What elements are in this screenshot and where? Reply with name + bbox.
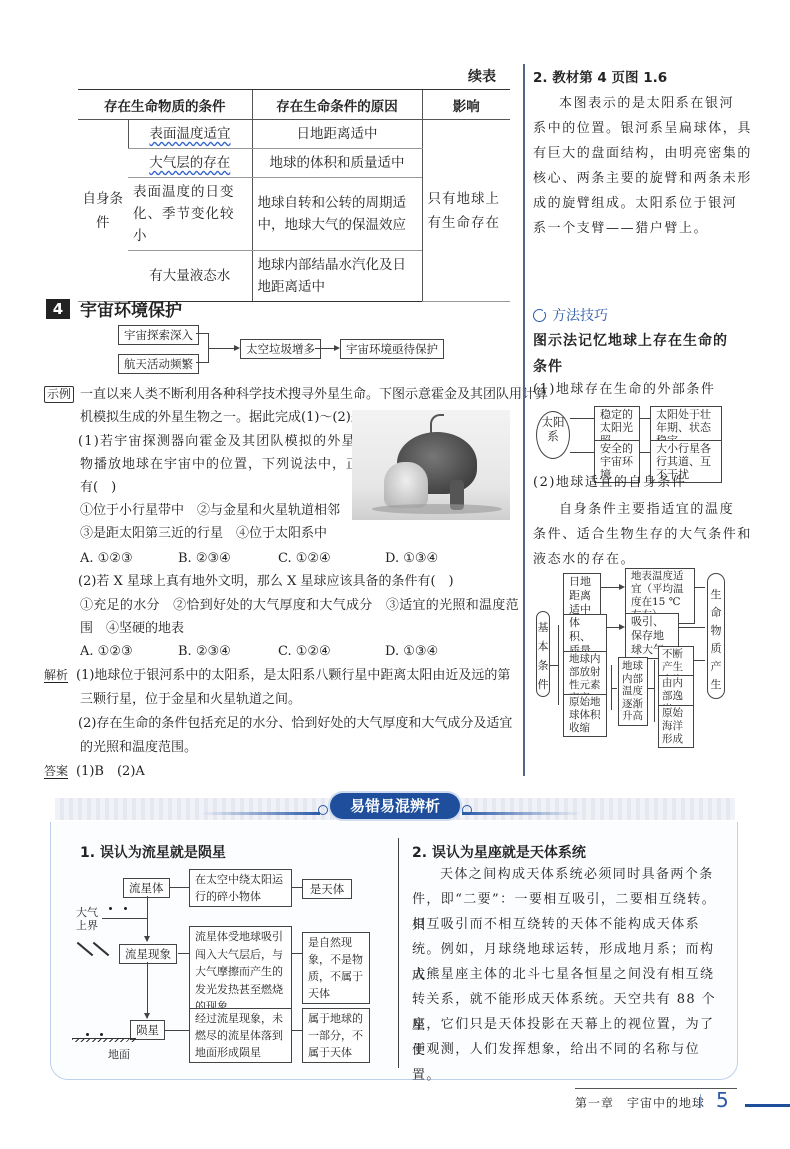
meteorite-result-box: 属于地球的一部分，不属于天体 xyxy=(302,1008,370,1063)
q2-option-a[interactable]: A. ①②③ xyxy=(80,640,133,663)
method-tips-heading: 方法技巧 xyxy=(533,305,608,325)
reason-cell: 日地距离适中 xyxy=(252,120,422,149)
meteoroid-result-box: 是天体 xyxy=(302,879,352,899)
answer-tag: 答案 xyxy=(44,764,68,778)
q2-statement: ①充足的水分 ②恰到好处的大气厚度和大气成分 ③适宜的光照和温度范 xyxy=(80,594,519,617)
example-intro-line1: 示例一直以来人类不断利用各种科学技术搜寻外星生命。下图示意霍金及其团队用计算 xyxy=(44,383,548,406)
arrow-icon xyxy=(144,1013,150,1019)
misconception-banner: 易错易混辨析 xyxy=(330,793,460,819)
reason-cell: 地球自转和公转的周期适中，地球大气的保温效应 xyxy=(252,178,422,251)
group-label: 自身条件 xyxy=(78,120,128,302)
ground-label: 地面 xyxy=(108,1046,130,1062)
swirl-icon xyxy=(318,805,328,815)
banner-line-right xyxy=(462,812,582,815)
misconception-1-title: 1. 误认为流星就是陨星 xyxy=(80,842,226,862)
table-header-row: 存在生命物质的条件 存在生命条件的原因 影响 xyxy=(78,90,510,120)
reason-cell: 地球内部结晶水汽化及日地距离适中 xyxy=(252,251,422,302)
textbook-line: 系一个支臂——猎户臂上。 xyxy=(533,216,753,241)
continued-label: 续表 xyxy=(468,66,496,86)
alien-creature-image xyxy=(352,410,510,520)
misconception-2-line: 大熊星座主体的北斗七星各恒星之间没有相互绕 xyxy=(412,962,727,988)
condition-cell: 表面温度的日变化、季节变化较小 xyxy=(128,178,252,251)
life-matter-pill: 生命物质产生 xyxy=(707,573,725,699)
section-title: 宇宙环境保护 xyxy=(80,296,182,321)
meteoroid-box: 流星体 xyxy=(123,878,170,898)
table-row: 自身条件 表面温度适宜 日地距离适中 只有地球上有生命存在 xyxy=(78,120,510,149)
footer-rule xyxy=(575,1088,737,1089)
footer-separator xyxy=(700,1094,701,1108)
page-number: 5 xyxy=(716,1088,729,1112)
header-condition: 存在生命物质的条件 xyxy=(78,90,252,120)
q1-line: (1)若宇宙探测器向霍金及其团队模拟的外星生 xyxy=(78,430,370,453)
atmos-top-label: 大气上界 xyxy=(76,906,102,932)
q2-option-c[interactable]: C. ①②④ xyxy=(278,640,331,663)
meteor-desc-box: 流星体受地球吸引闯入大气层后，与大气摩擦而产生的发光发热甚至燃烧的现象 xyxy=(189,926,292,1018)
analysis-line: 的光照和温度范围。 xyxy=(80,736,197,759)
example-tag: 示例 xyxy=(44,386,74,403)
answer-line: 答案(1)B (2)A xyxy=(44,760,145,783)
earth-shrink-box: 原始地球体积收缩 xyxy=(563,694,607,737)
meteor-result-box: 是自然现象，不是物质，不属于天体 xyxy=(302,932,370,1004)
condition-cell: 大气层的存在 xyxy=(149,155,230,171)
misconception-2-line: 于观测，人们发挥想象，给出不同的名称与位置。 xyxy=(412,1037,727,1088)
q1-option-d[interactable]: D. ①③④ xyxy=(385,547,438,570)
analysis-line: 解析(1)地球位于银河系中的太阳系，是太阳系八颗行星中距离太阳由近及远的第 xyxy=(44,664,510,687)
misconception-2-title: 2. 误认为星座就是天体系统 xyxy=(412,842,586,862)
section-heading: 4 宇宙环境保护 xyxy=(46,296,182,321)
sun-earth-distance-box: 日地距离适中 xyxy=(563,573,601,619)
basic-conditions-pill: 基本条件 xyxy=(536,611,550,697)
swirl-icon xyxy=(462,805,472,815)
meteorite-box: 陨星 xyxy=(130,1020,165,1040)
refresh-icon xyxy=(533,309,546,322)
column-divider xyxy=(523,64,525,776)
misconception-2-line: 相互吸引而不相互绕转的天体不能构成天体系 xyxy=(412,912,727,938)
q1-option-a[interactable]: A. ①②③ xyxy=(80,547,133,570)
analysis-line: (2)存在生命的条件包括充足的水分、恰到好处的大气厚度和大气成分及适宜 xyxy=(78,712,512,735)
textbook-line: 系中的位置。银河系呈扁球体，具 xyxy=(533,116,753,141)
flow-box-exploration: 宇宙探索深入 xyxy=(118,325,199,345)
effect-cell: 只有地球上有生命存在 xyxy=(422,120,510,302)
textbook-line: 核心、两条主要的旋臂和两条未形 xyxy=(533,166,753,191)
section-number-badge: 4 xyxy=(46,299,70,319)
example-intro-line2: 机模拟生成的外星生物之一。据此完成(1)～(2)题。 xyxy=(80,406,377,429)
q2-option-d[interactable]: D. ①③④ xyxy=(385,640,438,663)
condition-cell: 表面温度适宜 xyxy=(150,126,231,142)
banner-line-left xyxy=(200,812,320,815)
analysis-line: 三颗行星，位于金星和火星轨道之间。 xyxy=(80,688,301,711)
internal-line: 条件、适合生物生存的大气条件和 xyxy=(533,522,753,547)
misconception-divider xyxy=(398,838,399,1068)
header-reason: 存在生命条件的原因 xyxy=(252,90,422,120)
q1-statement: ①位于小行星带中 ②与金星和火星轨道相邻 xyxy=(80,499,340,522)
misconception-2-line: 天体之间构成天体系统必须同时具备两个条 xyxy=(412,862,727,888)
textbook-line: 本图表示的是太阳系在银河 xyxy=(533,91,753,116)
header-effect: 影响 xyxy=(422,90,510,120)
method-heading: 图示法记忆地球上存在生命的 xyxy=(533,328,728,354)
flow-box-protection: 宇宙环境亟待保护 xyxy=(340,339,444,359)
meteor-phenomenon-box: 流星现象 xyxy=(119,944,177,964)
flow-box-spaceflight: 航天活动频繁 xyxy=(118,354,199,374)
textbook-line: 成的旋臂组成。太阳系位于银河 xyxy=(533,191,753,216)
q2-line: (2)若 X 星球上真有地外文明，那么 X 星球应该具备的条件有( ) xyxy=(78,570,454,593)
q1-option-c[interactable]: C. ①②④ xyxy=(278,547,331,570)
conditions-table: 存在生命物质的条件 存在生命条件的原因 影响 自身条件 表面温度适宜 日地距离适… xyxy=(78,89,510,302)
textbook-figure-title: 2. 教材第 4 页图 1.6 xyxy=(533,66,667,86)
condition-cell: 有大量液态水 xyxy=(149,268,230,284)
chapter-label: 第一章 宇宙中的地球 xyxy=(575,1094,705,1111)
q1-line: 有( ) xyxy=(80,476,116,499)
arrow-icon xyxy=(144,936,150,942)
q2-statement: 围 ④坚硬的地表 xyxy=(80,617,184,640)
meteoroid-desc-box: 在太空中绕太阳运行的碎小物体 xyxy=(189,869,292,907)
internal-heating-box: 地球内部温度逐渐升高 xyxy=(618,657,648,726)
solar-system-circle: 太阳系 xyxy=(536,411,570,459)
footer-accent-bar xyxy=(745,1104,790,1107)
internal-line: 自身条件主要指适宜的温度 xyxy=(533,497,753,522)
q1-option-b[interactable]: B. ②③④ xyxy=(178,547,231,570)
q1-line: 物播放地球在宇宙中的位置，下列说法中，正确的 xyxy=(80,453,388,476)
q2-option-b[interactable]: B. ②③④ xyxy=(178,640,231,663)
q1-statement: ③是距太阳第三近的行星 ④位于太阳系中 xyxy=(80,522,327,545)
internal-title: (2)地球适宜的自身条件 xyxy=(533,470,753,495)
ground-hatch xyxy=(72,1038,136,1042)
flow-box-debris: 太空垃圾增多 xyxy=(240,339,321,359)
external-title: (1)地球存在生命的外部条件 xyxy=(533,377,753,402)
reason-cell: 地球的体积和质量适中 xyxy=(252,149,422,178)
meteorite-desc-box: 经过流星现象，未燃尽的流星体落到地面形成陨星 xyxy=(189,1008,292,1063)
analysis-tag: 解析 xyxy=(44,668,68,682)
ocean-formation-box: 原始海洋形成 xyxy=(658,705,694,748)
textbook-line: 有巨大的盘面结构，由明亮密集的 xyxy=(533,141,753,166)
